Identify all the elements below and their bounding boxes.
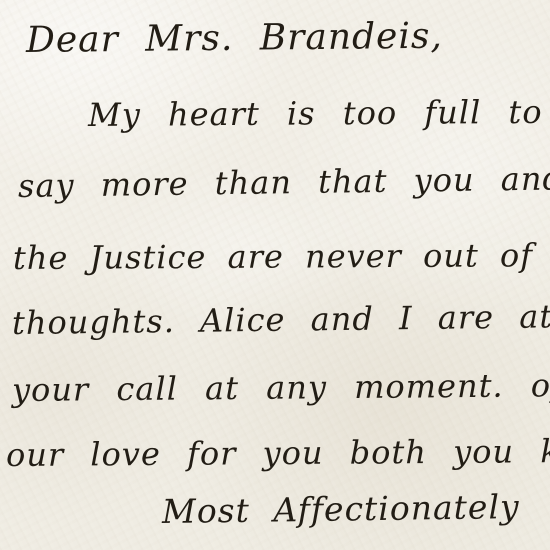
body-line-3: the Justice are never out of our xyxy=(13,236,550,277)
salutation-line: Dear Mrs. Brandeis, xyxy=(26,16,443,61)
body-line-1: My heart is too full to xyxy=(88,93,543,134)
letter-page: Dear Mrs. Brandeis, My heart is too full… xyxy=(0,0,550,550)
body-line-6: our love for you both you kn xyxy=(6,432,550,474)
body-line-4: thoughts. Alice and I are at xyxy=(12,297,550,342)
body-line-2: say more than that you and xyxy=(18,159,550,205)
closing-line: Most Affectionately xyxy=(162,487,520,531)
body-line-5: your call at any moment. of xyxy=(12,366,550,409)
